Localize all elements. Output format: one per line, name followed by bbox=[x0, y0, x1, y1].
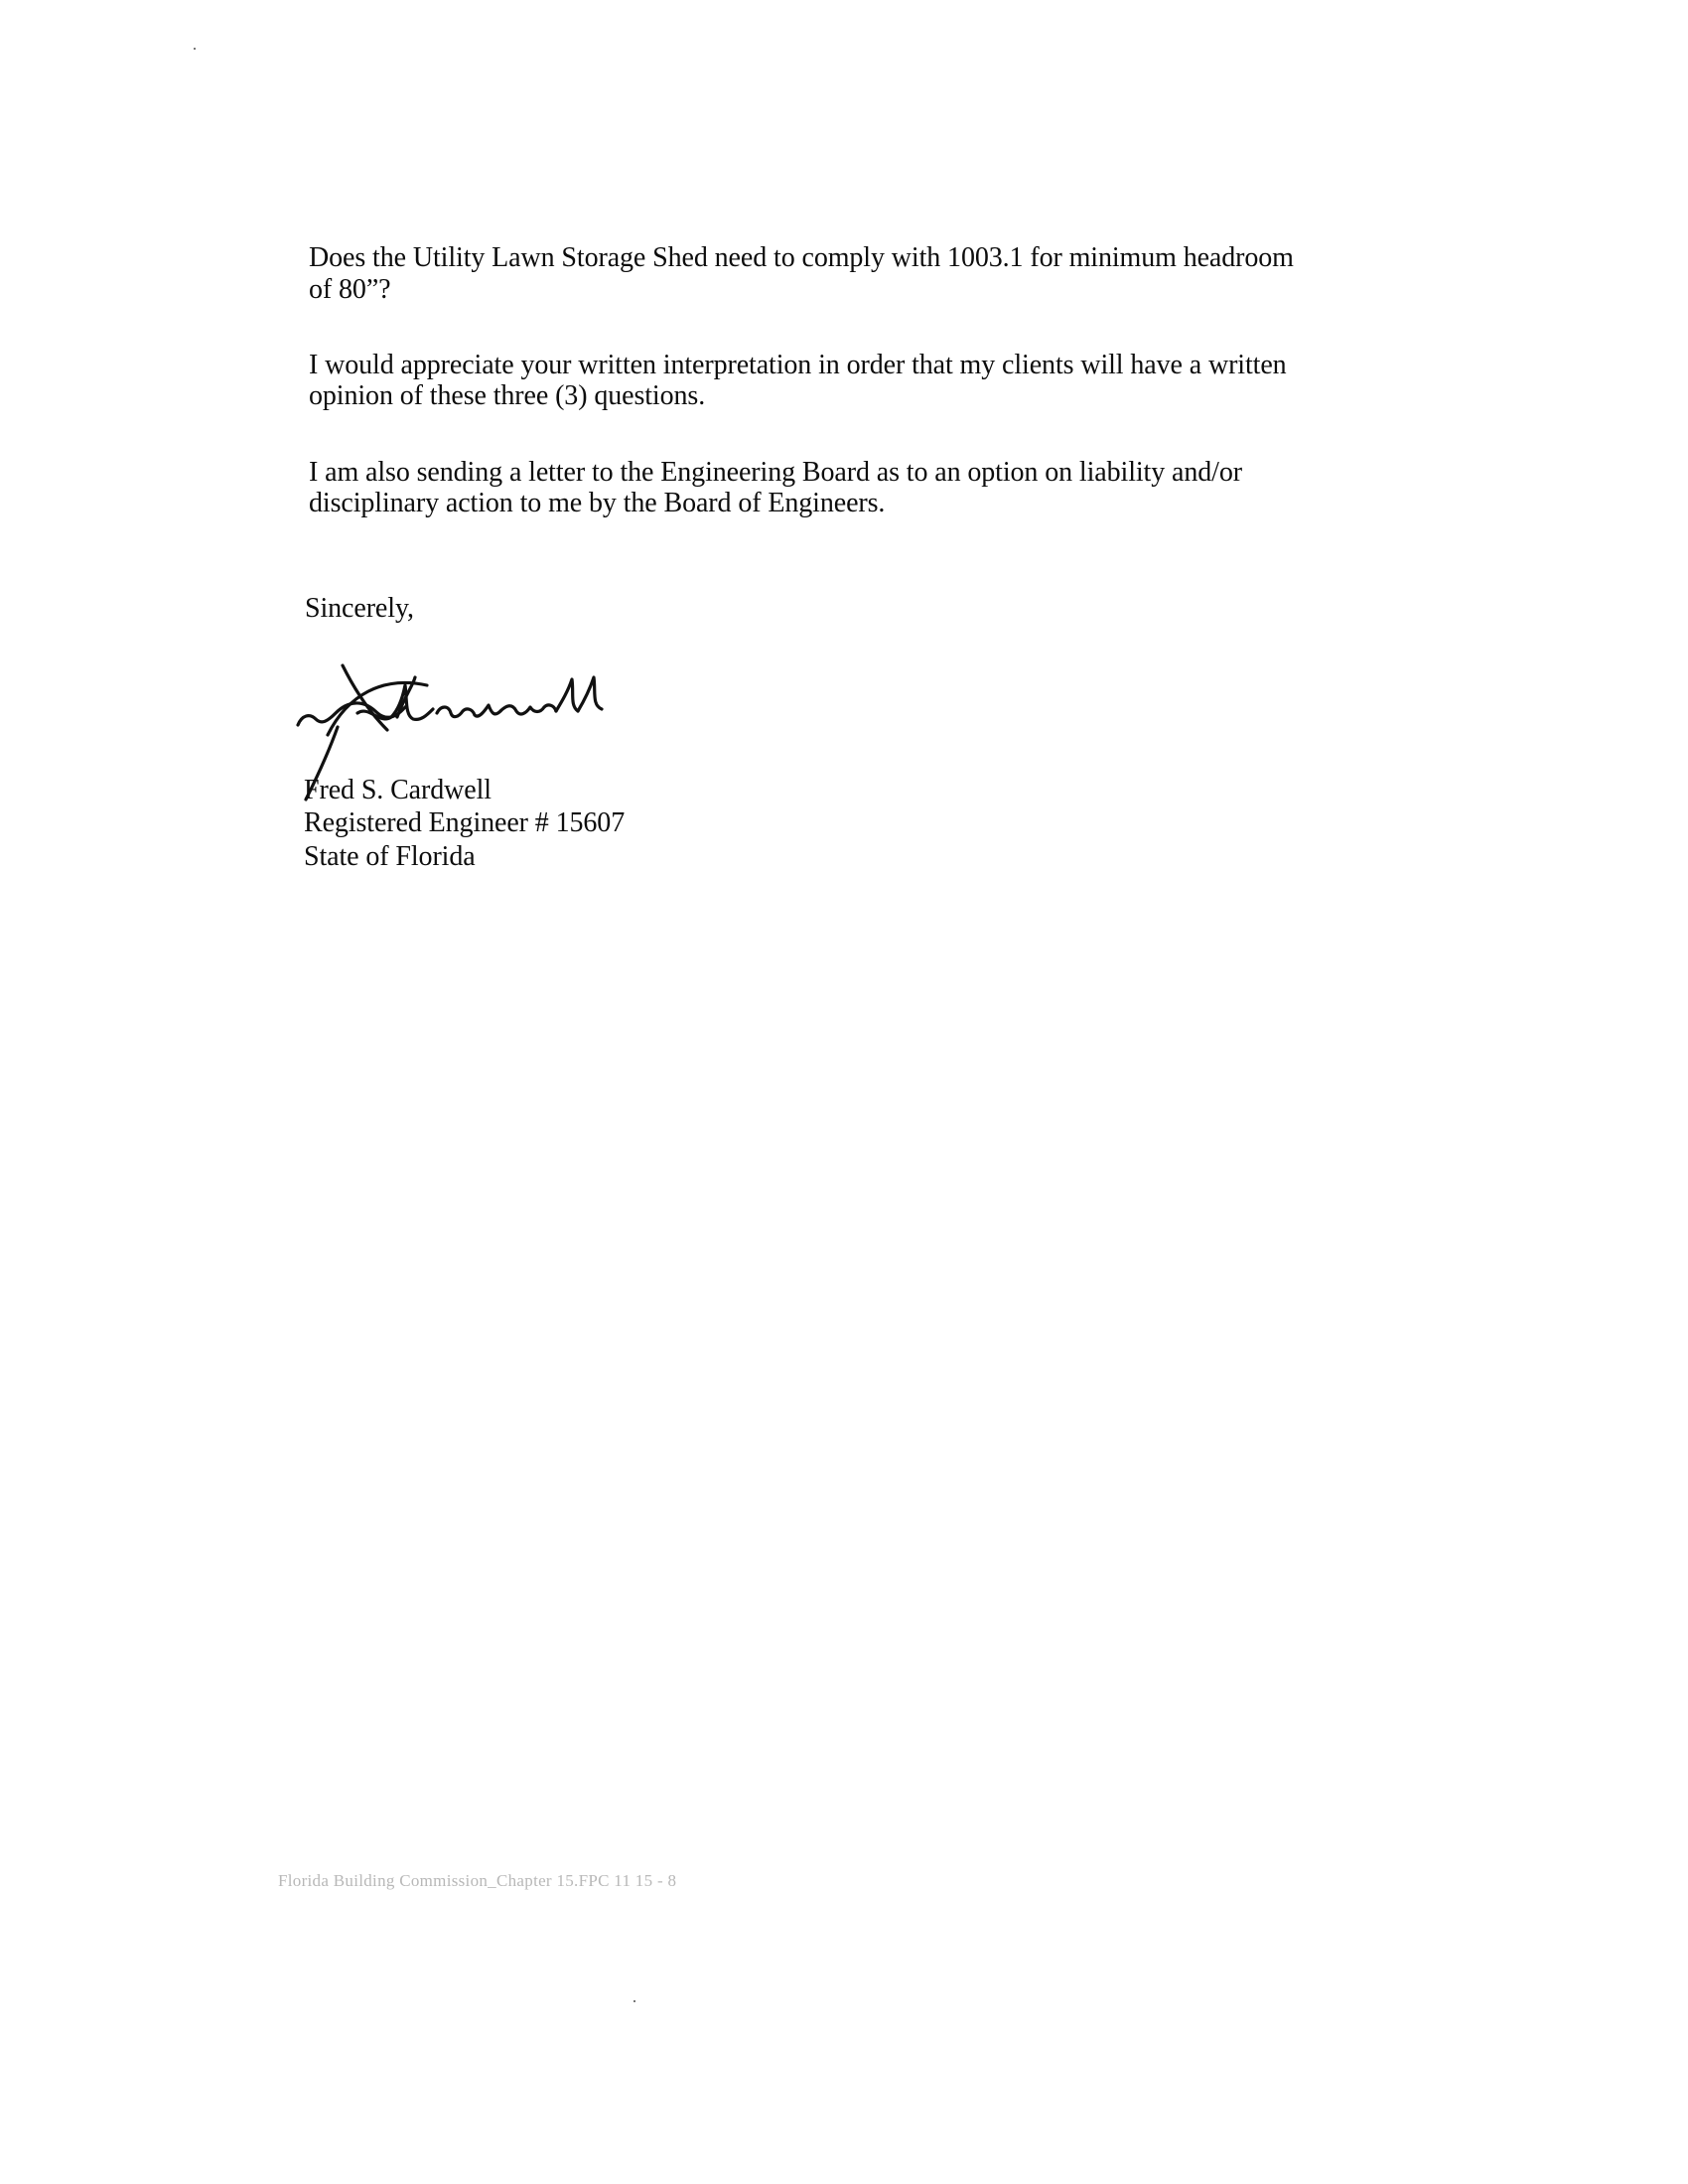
signer-state: State of Florida bbox=[304, 841, 476, 872]
text-line: I am also sending a letter to the Engine… bbox=[309, 457, 1242, 488]
scan-speck bbox=[633, 2000, 635, 2002]
text-line: I would appreciate your written interpre… bbox=[309, 350, 1287, 380]
text-line: of 80”? bbox=[309, 274, 390, 305]
text-line: Does the Utility Lawn Storage Shed need … bbox=[309, 242, 1294, 273]
text-line: disciplinary action to me by the Board o… bbox=[309, 488, 885, 518]
signer-name: Fred S. Cardwell bbox=[304, 775, 492, 805]
signer-title: Registered Engineer # 15607 bbox=[304, 807, 625, 838]
text-line: opinion of these three (3) questions. bbox=[309, 380, 705, 411]
closing: Sincerely, bbox=[305, 593, 414, 624]
document-footer: Florida Building Commission_Chapter 15.F… bbox=[278, 1871, 676, 1891]
scan-speck bbox=[194, 48, 196, 50]
